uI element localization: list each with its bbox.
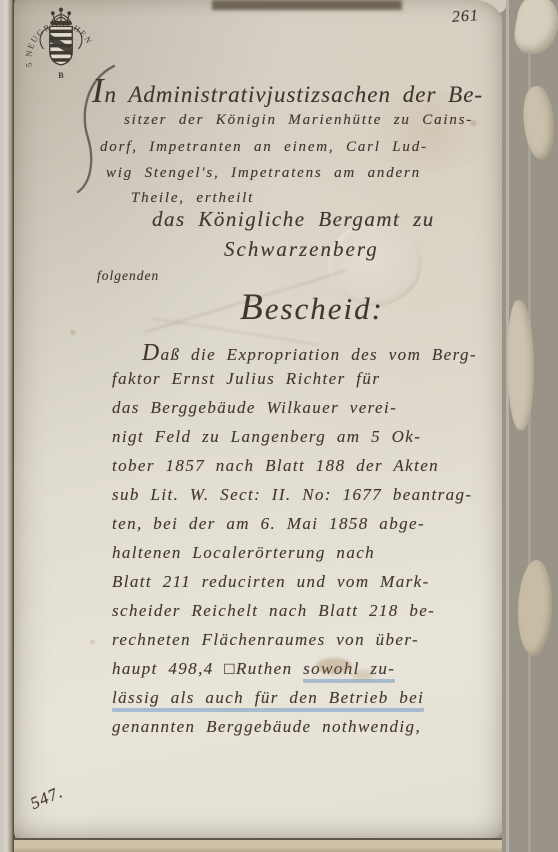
body-line: das Berggebäude Wilkauer verei- bbox=[112, 398, 477, 427]
body-line: rechneten Flächenraumes von über- bbox=[112, 630, 477, 659]
blue-underline-annotation: lässig als auch für den Betrieb bei bbox=[112, 688, 424, 712]
previous-page-edge bbox=[0, 0, 15, 852]
foxing-spot bbox=[90, 640, 95, 644]
page-number: 261 bbox=[451, 7, 479, 27]
intro-line: In Administrativjustizsachen der Be- bbox=[92, 72, 483, 111]
document-title: Bescheid: bbox=[240, 286, 384, 329]
revenue-stamp: 5 NEUGROSCHEN B bbox=[24, 5, 98, 91]
body-line: Daß die Expropriation des vom Berg- bbox=[112, 340, 477, 369]
body-line: nigt Feld zu Langenberg am 5 Ok- bbox=[112, 427, 477, 456]
stamp-mint-letter: B bbox=[58, 71, 64, 80]
body-line: genannten Berggebäude nothwendig, bbox=[112, 717, 477, 746]
body-line: faktor Ernst Julius Richter für bbox=[112, 369, 477, 398]
book-photo: 5 NEUGROSCHEN B bbox=[0, 0, 558, 852]
authority-line: Schwarzenberg bbox=[224, 237, 379, 262]
body-line: lässig als auch für den Betrieb bei bbox=[112, 688, 477, 717]
foxing-spot bbox=[70, 330, 76, 335]
top-gap-shadow bbox=[212, 0, 402, 10]
body-line: haltenen Localerörterung nach bbox=[112, 543, 477, 572]
body-line: ten, bei der am 6. Mai 1858 abge- bbox=[112, 514, 477, 543]
body-paragraph: Daß die Expropriation des vom Berg- fakt… bbox=[112, 340, 477, 746]
body-line-text: haupt 498,4 □Ruthen bbox=[112, 659, 303, 678]
body-line: Blatt 211 reducirten und vom Mark- bbox=[112, 572, 477, 601]
crown-icon bbox=[51, 8, 71, 24]
intro-line: dorf, Impetranten an einem, Carl Lud- bbox=[100, 139, 428, 156]
lead-in-word: folgenden bbox=[97, 268, 159, 284]
body-line: tober 1857 nach Blatt 188 der Akten bbox=[112, 456, 477, 485]
body-line: haupt 498,4 □Ruthen sowohl zu- bbox=[112, 659, 477, 688]
body-line: sub Lit. W. Sect: II. No: 1677 beantrag- bbox=[112, 485, 477, 514]
intro-line: sitzer der Königin Marienhütte zu Cains- bbox=[124, 112, 473, 129]
authority-line: das Königliche Bergamt zu bbox=[152, 207, 435, 232]
intro-line: Theile, ertheilt bbox=[131, 190, 254, 207]
ink-stain bbox=[316, 658, 352, 674]
fore-edge-highlight bbox=[506, 0, 509, 852]
body-line: scheider Reichelt nach Blatt 218 be- bbox=[112, 601, 477, 630]
intro-line: wig Stengel's, Impetratens am andern bbox=[106, 165, 421, 182]
pages-under-bottom-edge bbox=[14, 838, 502, 852]
ink-stain bbox=[352, 670, 374, 680]
